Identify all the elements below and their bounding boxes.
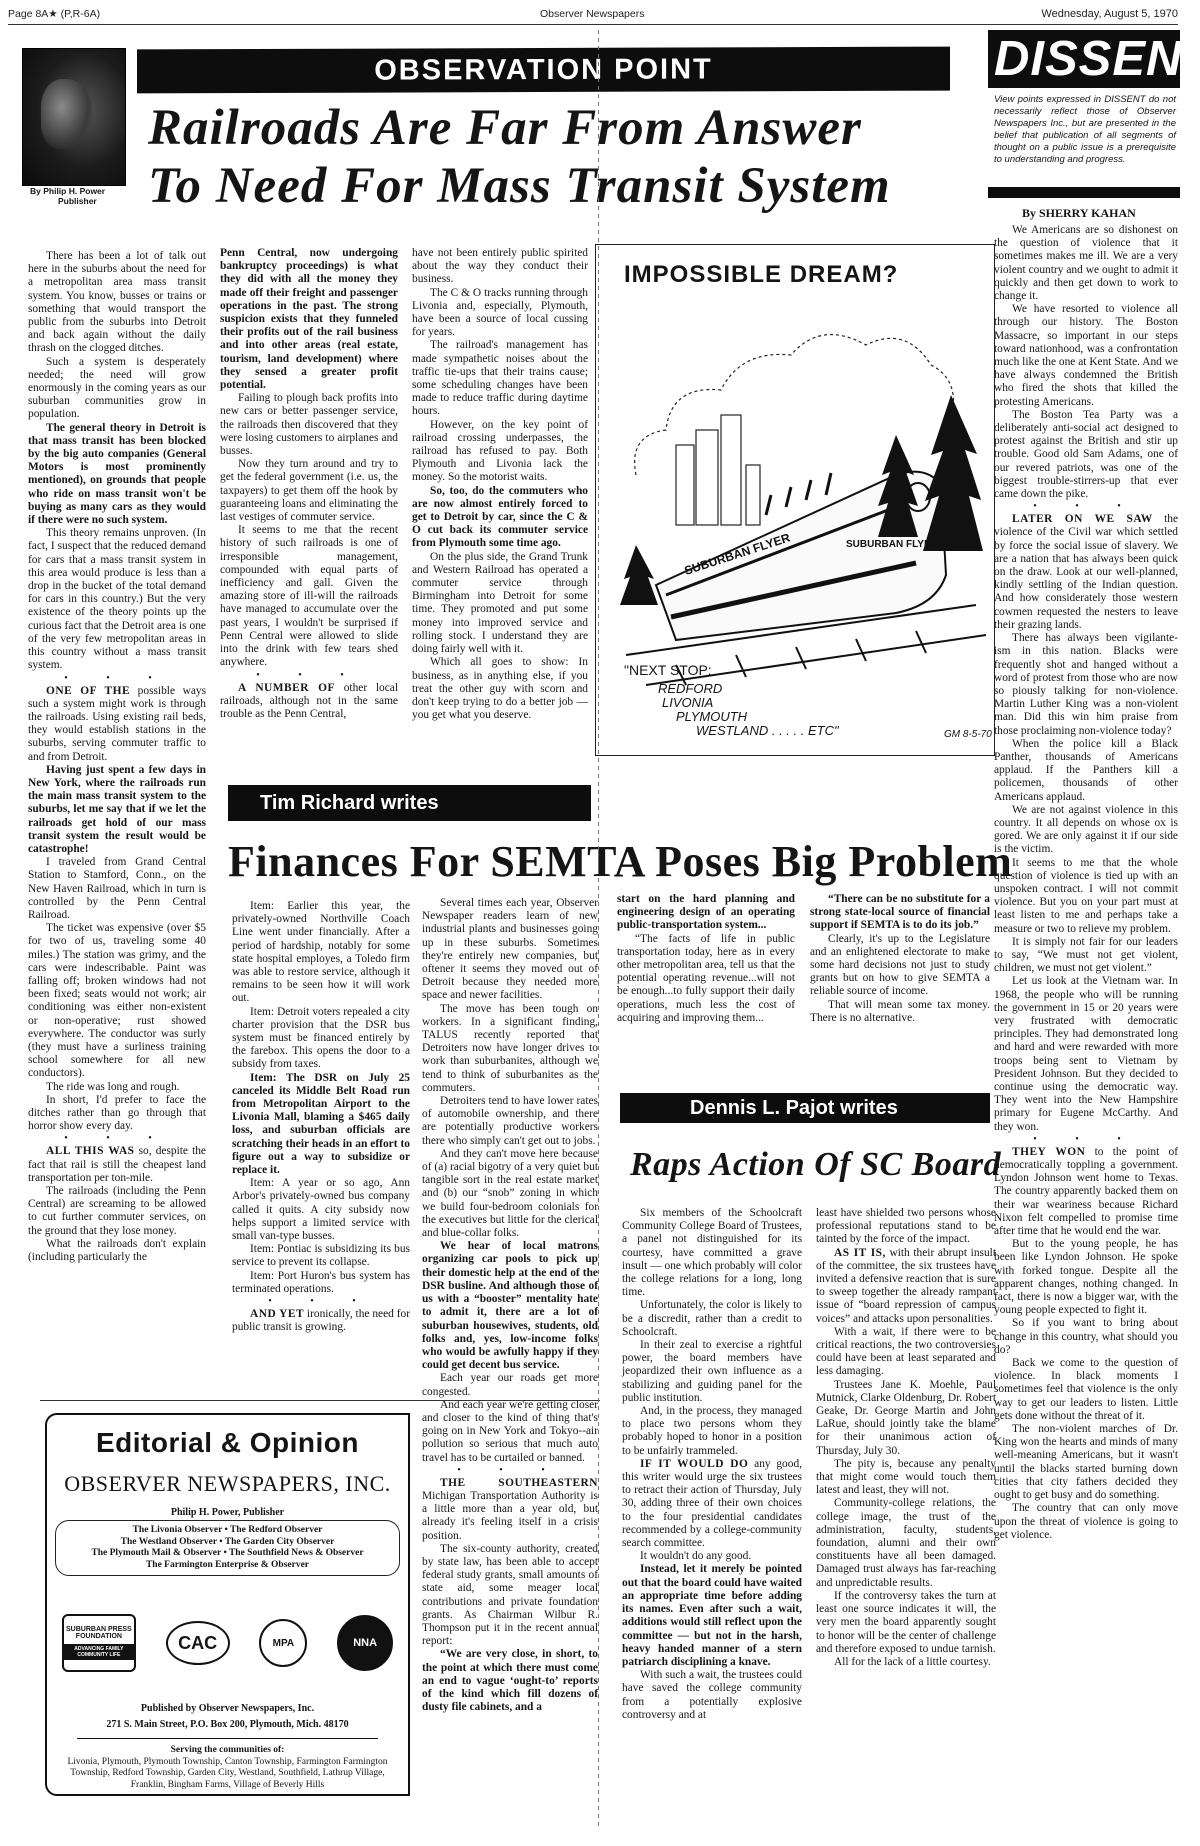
paragraph: A NUMBER OF other local railroads, altho…	[220, 682, 398, 722]
semta-column-2: Several times each year, Observer Newspa…	[422, 897, 598, 1714]
lead-in: ONE OF THE	[46, 685, 130, 697]
op-column-1: There has been a lot of talk out here in…	[28, 250, 206, 1264]
byline-role: Publisher	[58, 196, 97, 206]
op-column-2: Penn Central, now undergoing bankruptcy …	[220, 247, 398, 721]
header-rule	[8, 24, 1178, 25]
observation-point-banner: OBSERVATION POINT	[137, 47, 950, 94]
paragraph: The six-county authority, created by sta…	[422, 1543, 598, 1649]
train-illustration-icon: SUBURBAN FLYER SUBURBAN FLYER	[596, 245, 995, 756]
paragraph: It is simply not fair for our leaders to…	[994, 936, 1178, 976]
section-break: • • •	[422, 1465, 598, 1477]
editorial-title: Editorial & Opinion	[47, 1427, 408, 1459]
editorial-rule	[40, 1400, 600, 1401]
lead-in: ALL THIS WAS	[46, 1145, 135, 1157]
editorial-cartoon: IMPOSSIBLE DREAM? SUBURBAN FLYER SUBURBA…	[595, 244, 995, 756]
suburban-press-foundation-logo: SUBURBAN PRESS FOUNDATION ADVANCING FAMI…	[62, 1614, 136, 1672]
lead-in: IF IT WOULD DO	[640, 1458, 748, 1470]
section-break: • • •	[994, 501, 1178, 513]
tim-richard-banner: Tim Richard writes	[228, 785, 591, 821]
cartoon-stop-4: WESTLAND . . . . . ETC"	[696, 723, 839, 738]
paragraph: The railroads (including the Penn Centra…	[28, 1185, 206, 1238]
paragraph: But to the young people, he has been lik…	[994, 1238, 1178, 1317]
paragraph: However, on the key point of railroad cr…	[412, 419, 588, 485]
paragraph: Which all goes to show: In business, as …	[412, 656, 588, 722]
paragraph: Instead, let it merely be pointed out th…	[622, 1563, 802, 1669]
paragraph: And each year we're getting closer and c…	[422, 1399, 598, 1465]
paragraph: AND YET ironically, the need for public …	[232, 1308, 410, 1334]
cartoon-stop-2: LIVONIA	[662, 695, 713, 710]
paragraph: The ticket was expensive (over $5 for tw…	[28, 922, 206, 1080]
paragraph: Clearly, it's up to the Legislature and …	[810, 933, 990, 999]
michigan-press-association-logo: MPA	[259, 1619, 307, 1667]
byline: By Philip H. Power	[30, 186, 105, 196]
paragraph: So, too, do the commuters who are now al…	[412, 485, 588, 551]
fold-line	[598, 30, 599, 1830]
paragraph: Detroiters tend to have lower rates of a…	[422, 1095, 598, 1148]
section-break: • • •	[994, 1134, 1178, 1146]
lead-in: AND YET	[250, 1308, 304, 1320]
paragraph: The ride was long and rough.	[28, 1081, 206, 1094]
paper-item: The Farmington Enterprise & Observer	[60, 1560, 395, 1572]
paragraph: Item: Pontiac is subsidizing its bus ser…	[232, 1243, 410, 1269]
published-by: Published by Observer Newspapers, Inc.	[47, 1702, 408, 1716]
logo-text: SUBURBAN PRESS FOUNDATION	[64, 1626, 134, 1640]
paragraph: The railroad's management has made sympa…	[412, 339, 588, 418]
paragraph: And, in the process, they managed to pla…	[622, 1405, 802, 1458]
semta-column-4: “There can be no substitute for a strong…	[810, 893, 990, 1025]
company-name: OBSERVER NEWSPAPERS, INC.	[47, 1471, 408, 1497]
paragraph: We hear of local matrons organizing car …	[422, 1240, 598, 1372]
paragraph: That will mean some tax money. There is …	[810, 999, 990, 1025]
paragraph: Let us look at the Vietnam war. In 1968,…	[994, 975, 1178, 1133]
headline-line-2: To Need For Mass Transit System	[148, 156, 891, 216]
communities-list: Livonia, Plymouth, Plymouth Township, Ca…	[47, 1757, 408, 1792]
cartoon-stop-3: PLYMOUTH	[676, 709, 747, 724]
paragraph: If the controversy takes the turn at lea…	[816, 1590, 996, 1656]
lead-in: THE SOUTHEASTERN	[440, 1477, 598, 1489]
paper-item: The Westland Observer • The Garden City …	[60, 1537, 395, 1549]
dissent-byline: By SHERRY KAHAN	[1022, 206, 1136, 221]
paragraph: We are not against violence in this coun…	[994, 804, 1178, 857]
paragraph: The C & O tracks running through Livonia…	[412, 287, 588, 340]
publisher-line: Philip H. Power, Publisher	[47, 1507, 408, 1518]
publication-name: Observer Newspapers	[540, 8, 644, 20]
dissent-divider	[988, 187, 1180, 198]
page-label: Page 8A★ (P,R-6A)	[8, 8, 100, 20]
paragraph: Item: The DSR on July 25 canceled its Mi…	[232, 1072, 410, 1178]
paragraph: Penn Central, now undergoing bankruptcy …	[220, 247, 398, 392]
sc-board-headline: Raps Action Of SC Board	[630, 1146, 1001, 1184]
paragraph: Such a system is desperately needed; the…	[28, 356, 206, 422]
paragraph: “The facts of life in public transportat…	[617, 933, 795, 1025]
paragraph: It wouldn't do any good.	[622, 1550, 802, 1563]
paragraph: LATER ON WE SAW the violence of the Civi…	[994, 513, 1178, 632]
paragraph: “We are very close, in short, to the poi…	[422, 1648, 598, 1714]
paragraph: There has always been vigilante-ism in t…	[994, 632, 1178, 738]
paragraph: When the police kill a Black Panther, th…	[994, 738, 1178, 804]
paragraph: Each year our roads get more congested.	[422, 1372, 598, 1398]
dissent-banner: DISSENT	[988, 30, 1180, 88]
address: 271 S. Main Street, P.O. Box 200, Plymou…	[47, 1718, 408, 1732]
publisher-photo	[22, 48, 126, 186]
paragraph: Community-college relations, the college…	[816, 1497, 996, 1589]
paragraph: All for the lack of a little courtesy.	[816, 1656, 996, 1669]
association-logos: SUBURBAN PRESS FOUNDATION ADVANCING FAMI…	[47, 1598, 408, 1688]
paragraph: Item: A year or so ago, Ann Arbor's priv…	[232, 1177, 410, 1243]
paragraph: On the plus side, the Grand Trunk and We…	[412, 551, 588, 657]
semta-column-3: start on the hard planning and engineeri…	[617, 893, 795, 1025]
paragraph: Item: Detroit voters repealed a city cha…	[232, 1006, 410, 1072]
dissent-disclaimer: View points expressed in DISSENT do not …	[994, 94, 1176, 166]
paragraph: The pity is, because any penalty that mi…	[816, 1458, 996, 1498]
logo-subtext: ADVANCING FAMILY COMMUNITY LIFE	[64, 1644, 134, 1660]
lead-in: THEY WON	[1012, 1146, 1085, 1158]
paragraph: The general theory in Detroit is that ma…	[28, 422, 206, 528]
paper-item: The Livonia Observer • The Redford Obser…	[60, 1525, 395, 1537]
cac-logo: CAC	[166, 1621, 230, 1665]
paragraph: And they can't move here because of (a) …	[422, 1148, 598, 1240]
paragraph: We have resorted to violence all through…	[994, 303, 1178, 409]
paragraph: IF IT WOULD DO any good, this writer wou…	[622, 1458, 802, 1550]
paragraph: Now they turn around and try to get the …	[220, 458, 398, 524]
paragraph: ONE OF THE possible ways such a system m…	[28, 685, 206, 764]
semta-column-1: Item: Earlier this year, the privately-o…	[232, 900, 410, 1335]
paragraph: It seems to me that the recent history o…	[220, 524, 398, 669]
section-break: • • •	[232, 1296, 410, 1308]
paragraph: have not been entirely public spirited a…	[412, 247, 588, 287]
paragraph: We Americans are so dishonest on the que…	[994, 224, 1178, 303]
paragraph: I traveled from Grand Central Station to…	[28, 856, 206, 922]
paragraph: Having just spent a few days in New York…	[28, 764, 206, 856]
paragraph: In short, I'd prefer to face the ditches…	[28, 1094, 206, 1134]
section-break: • • •	[220, 670, 398, 682]
sc-column-2: least have shielded two persons whose pr…	[816, 1207, 996, 1669]
paragraph: Item: Port Huron's bus system has termin…	[232, 1270, 410, 1296]
paragraph: Trustees Jane K. Moehle, Paul Mutnick, C…	[816, 1379, 996, 1458]
paragraph: In their zeal to exercise a rightful pow…	[622, 1339, 802, 1405]
address-rule	[77, 1738, 378, 1739]
paragraph: Unfortunately, the color is likely to be…	[622, 1299, 802, 1339]
cartoon-signature: GM 8-5-70	[944, 727, 992, 742]
dennis-pajot-banner: Dennis L. Pajot writes	[620, 1093, 990, 1123]
lead-in: AS IT IS,	[834, 1247, 886, 1259]
paper-item: The Plymouth Mail & Observer • The South…	[60, 1548, 395, 1560]
paragraph: The Boston Tea Party was a deliberately …	[994, 409, 1178, 501]
lead-in: A NUMBER OF	[238, 682, 335, 694]
newspaper-list: The Livonia Observer • The Redford Obser…	[55, 1520, 400, 1576]
paragraph: “There can be no substitute for a strong…	[810, 893, 990, 933]
cartoon-stop-1: REDFORD	[658, 681, 722, 696]
paragraph: There has been a lot of talk out here in…	[28, 250, 206, 356]
issue-date: Wednesday, August 5, 1970	[1041, 8, 1178, 20]
op-column-3: have not been entirely public spirited a…	[412, 247, 588, 722]
cartoon-caption: "NEXT STOP:	[624, 663, 712, 678]
section-break: • • •	[28, 673, 206, 685]
paragraph: THE SOUTHEASTERN Michigan Transportation…	[422, 1477, 598, 1543]
paragraph: What the railroads don't explain (includ…	[28, 1238, 206, 1264]
paragraph: ALL THIS WAS so, despite the fact that r…	[28, 1145, 206, 1185]
headline-line-1: Railroads Are Far From Answer	[148, 98, 862, 158]
paragraph: Back we come to the question of violence…	[994, 1357, 1178, 1423]
paragraph: The non-violent marches of Dr. King won …	[994, 1423, 1178, 1502]
paragraph: This theory remains unproven. (In fact, …	[28, 527, 206, 672]
paragraph: The country that can only move upon the …	[994, 1502, 1178, 1542]
paragraph: With such a wait, the trustees could hav…	[622, 1669, 802, 1722]
paragraph: least have shielded two persons whose pr…	[816, 1207, 996, 1247]
paragraph: Several times each year, Observer Newspa…	[422, 897, 598, 1003]
national-newspaper-association-logo: NNA	[337, 1615, 393, 1671]
paragraph: So if you want to bring about change in …	[994, 1317, 1178, 1357]
paragraph: The move has been tough on workers. In a…	[422, 1003, 598, 1095]
dissent-column: We Americans are so dishonest on the que…	[994, 224, 1178, 1542]
paragraph: Six members of the Schoolcraft Community…	[622, 1207, 802, 1299]
paragraph: Failing to plough back profits into new …	[220, 392, 398, 458]
paragraph: start on the hard planning and engineeri…	[617, 893, 795, 933]
paragraph: It seems to me that the whole question o…	[994, 857, 1178, 936]
semta-headline: Finances For SEMTA Poses Big Problem	[228, 836, 1012, 887]
section-break: • • •	[28, 1133, 206, 1145]
paragraph: AS IT IS, with their abrupt insult of th…	[816, 1247, 996, 1326]
paragraph: THEY WON to the point of democratically …	[994, 1146, 1178, 1238]
paragraph: With a wait, if there were to be critica…	[816, 1326, 996, 1379]
sc-column-1: Six members of the Schoolcraft Community…	[622, 1207, 802, 1722]
lead-in: LATER ON WE SAW	[1012, 513, 1153, 525]
editorial-opinion-box: Editorial & Opinion OBSERVER NEWSPAPERS,…	[45, 1413, 410, 1796]
serving-label: Serving the communities of:	[47, 1745, 408, 1757]
paragraph: Item: Earlier this year, the privately-o…	[232, 900, 410, 1006]
